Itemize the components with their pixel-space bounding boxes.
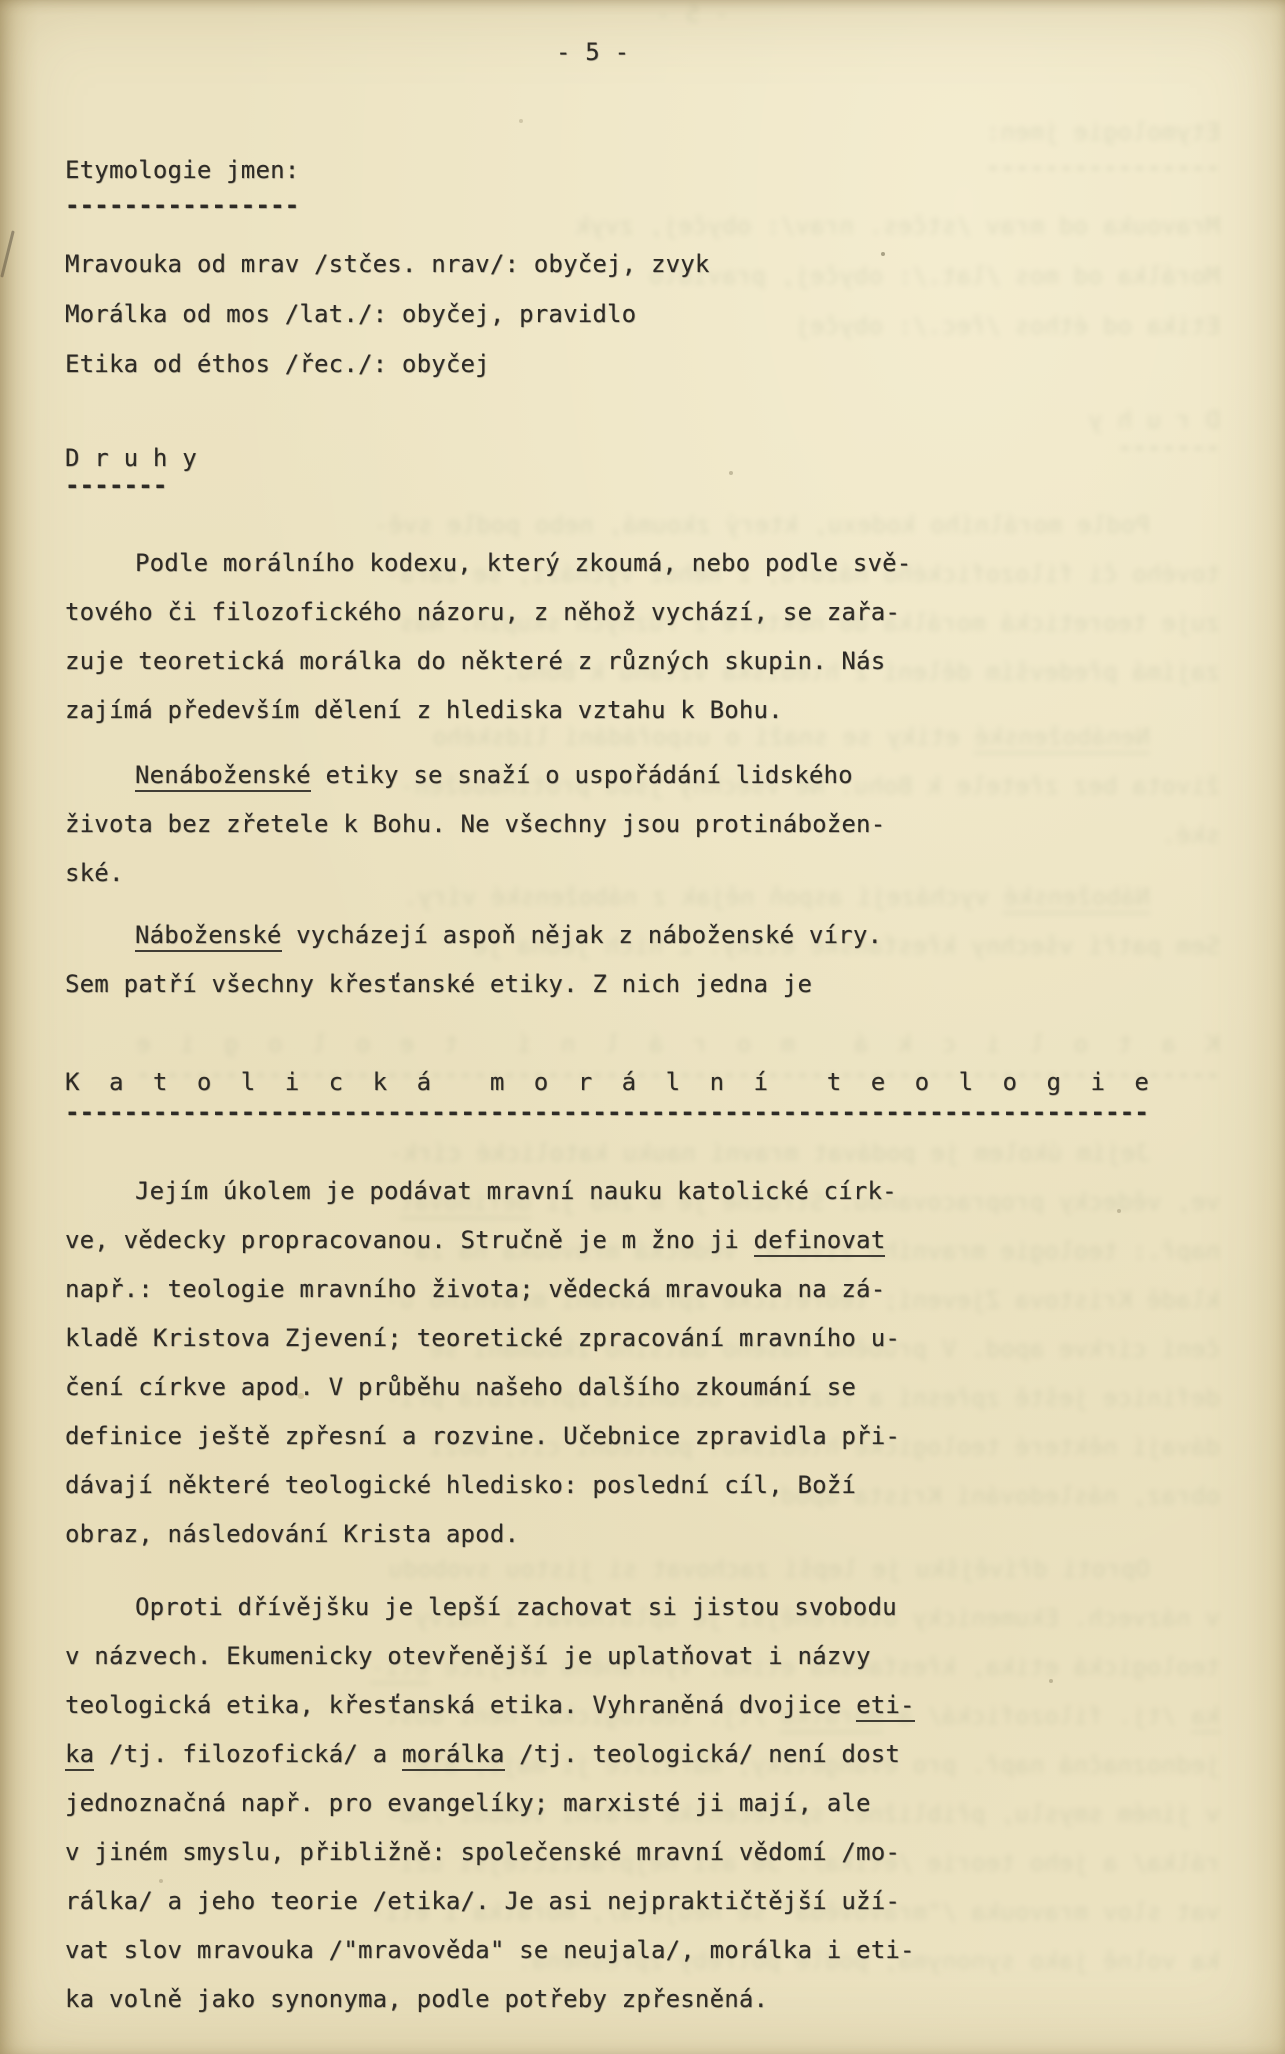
underlined-term-etika-part2: ka [65, 1740, 94, 1771]
text-line: tového či filozofického názoru, z něhož … [65, 588, 911, 637]
text-line: v jiném smyslu, přibližně: společenské m… [65, 1828, 915, 1877]
page-number: - 5 - [556, 28, 629, 77]
text-line: života bez zřetele k Bohu. Ne všechny js… [65, 800, 885, 849]
definition-line-moralka: Morálka od mos /lat./: obyčej, pravidlo [65, 289, 710, 339]
text-line: ka volně jako synonyma, podle potřeby zp… [65, 1975, 915, 2024]
text-line: Podle morálního kodexu, který zkoumá, ne… [65, 539, 911, 588]
underlined-term-definovat: definovat [754, 1226, 886, 1257]
text-line: ka /tj. filozofická/ a morálka /tj. teol… [65, 1730, 915, 1779]
text-segment: vycházejí aspoň nějak z náboženské víry. [282, 921, 883, 949]
underlined-term-nenabozenske: Nenáboženské [135, 761, 311, 792]
definition-line-etika: Etika od éthos /řec./: obyčej [65, 339, 710, 389]
text-line: dávají některé teologické hledisko: posl… [65, 1461, 900, 1510]
text-line: Jejím úkolem je podávat mravní nauku kat… [65, 1167, 900, 1216]
text-line: Náboženské vycházejí aspoň nějak z nábož… [65, 911, 882, 960]
paper-speckles [0, 0, 2, 2]
text-line: vat slov mravouka /"mravověda" se neujal… [65, 1926, 915, 1975]
text-line: Oproti dřívějšku je lepší zachovat si ji… [65, 1583, 915, 1632]
text-line: zajímá především dělení z hlediska vztah… [65, 686, 911, 735]
text-line: v názvech. Ekumenicky otevřenější je upl… [65, 1632, 915, 1681]
underlined-term-nabozenske: Náboženské [135, 921, 282, 952]
text-line: ve, vědecky propracovanou. Stručně je m … [65, 1216, 900, 1265]
text-line: Nenáboženské etiky se snaží o uspořádání… [65, 751, 885, 800]
text-segment: ve, vědecky propracovanou. Stručně je m … [65, 1226, 754, 1254]
text-line: rálka/ a jeho teorie /etika/. Je asi nej… [65, 1877, 915, 1926]
heading-rule-katolicka: ----------------------------------------… [65, 1088, 1149, 1137]
text-segment: teologická etika, křesťanská etika. Vyhr… [65, 1691, 856, 1719]
heading-rule-druhy: ------- [65, 461, 168, 510]
text-line: ské. [65, 849, 885, 898]
text-line: teologická etika, křesťanská etika. Vyhr… [65, 1681, 915, 1730]
paragraph-nazvy: Oproti dřívějšku je lepší zachovat si ji… [65, 1583, 915, 2024]
text-line: např.: teologie mravního života; vědecká… [65, 1265, 900, 1314]
underlined-term-etika-part1: eti- [856, 1691, 915, 1722]
page-content: - 5 - Etymologie jmen: ---------------- … [0, 0, 1285, 2054]
text-line: jednoznačná např. pro evangelíky; marxis… [65, 1779, 915, 1828]
text-line: Sem patří všechny křesťanské etiky. Z ni… [65, 960, 882, 1009]
text-line: definice ještě zpřesní a rozvine. Učebni… [65, 1412, 900, 1461]
text-line: zuje teoretická morálka do některé z růz… [65, 637, 911, 686]
text-line: obraz, následování Krista apod. [65, 1510, 900, 1559]
definition-line-mravouka: Mravouka od mrav /stčes. nrav/: obyčej, … [65, 239, 710, 289]
paragraph-nabozenske: Náboženské vycházejí aspoň nějak z nábož… [65, 911, 882, 1009]
paragraph-druhy-intro: Podle morálního kodexu, který zkoumá, ne… [65, 539, 911, 735]
heading-rule-etymologie: ---------------- [65, 181, 299, 230]
text-segment: etiky se snaží o uspořádání lidského [311, 761, 853, 789]
paragraph-ukol-teologie: Jejím úkolem je podávat mravní nauku kat… [65, 1167, 900, 1559]
text-line: čení církve apod. V průběhu našeho další… [65, 1363, 900, 1412]
underlined-term-moralka: morálka [402, 1740, 505, 1771]
document-page: - 5 - Etymologie jmen: ---------------- … [0, 0, 1285, 2054]
paragraph-nenabozenske: Nenáboženské etiky se snaží o uspořádání… [65, 751, 885, 898]
text-segment: /tj. filozofická/ a [94, 1740, 402, 1768]
etymology-definitions: Mravouka od mrav /stčes. nrav/: obyčej, … [65, 239, 710, 389]
text-line: kladě Kristova Zjevení; teoretické zprac… [65, 1314, 900, 1363]
text-segment: /tj. teologická/ není dost [505, 1740, 901, 1768]
